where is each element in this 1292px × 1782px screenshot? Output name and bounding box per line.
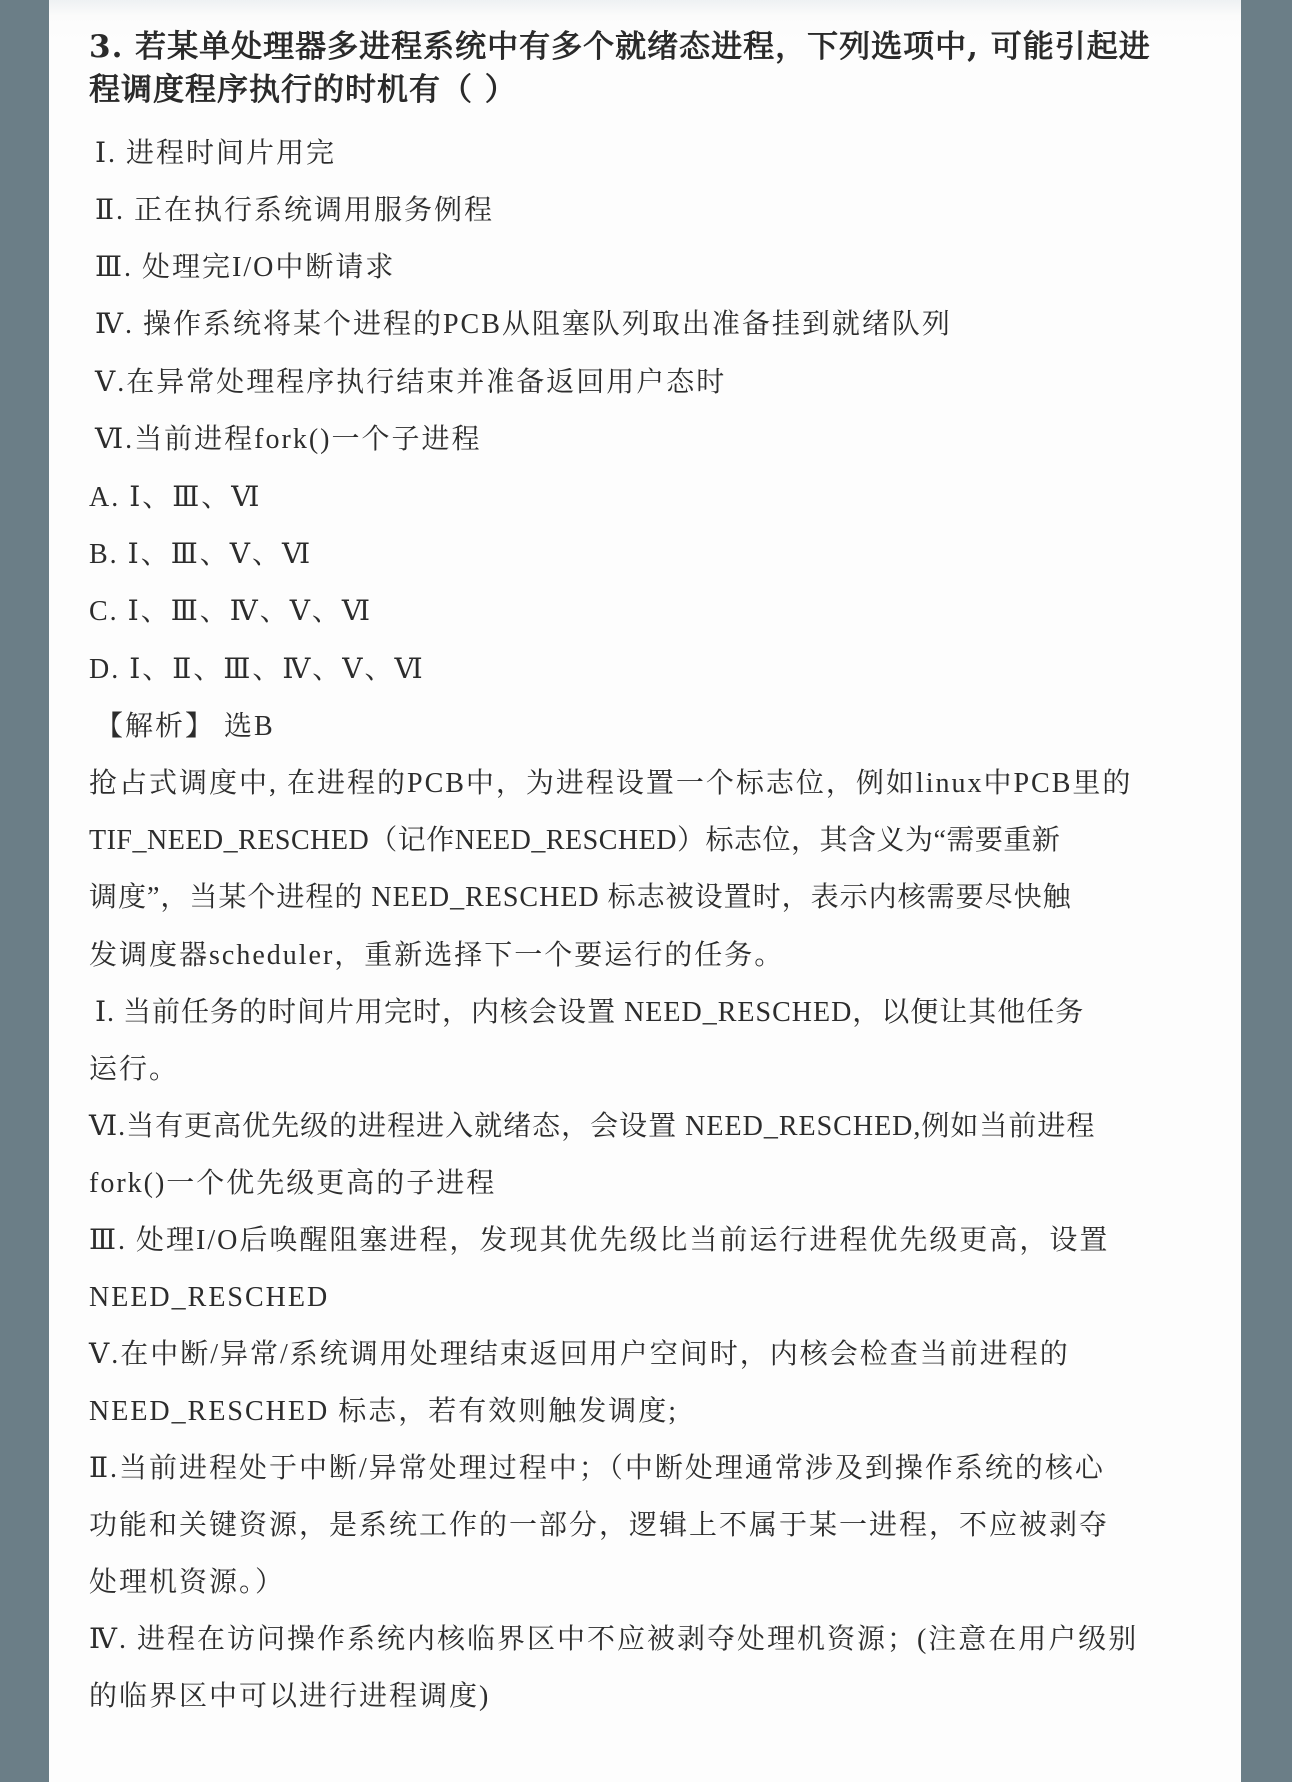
analysis-line-14: 功能和关键资源，是系统工作的一部分，逻辑上不属于某一进程，不应被剥夺	[89, 1509, 1109, 1543]
option-d: D. Ⅰ、Ⅱ、Ⅲ、Ⅳ、Ⅴ、Ⅵ	[89, 653, 425, 687]
analysis-line-5: Ⅰ. 当前任务的时间片用完时，内核会设置 NEED_RESCHED，以便让其他任…	[95, 996, 1084, 1030]
analysis-line-15: 处理机资源。）	[89, 1566, 285, 1600]
analysis-line-11: Ⅴ.在中断/异常/系统调用处理结束返回用户空间时，内核会检查当前进程的	[89, 1338, 1070, 1372]
analysis-line-6: 运行。	[89, 1053, 179, 1087]
statement-6: Ⅵ.当前进程fork()一个子进程	[95, 423, 481, 457]
statement-1: Ⅰ. 进程时间片用完	[95, 137, 336, 171]
analysis-line-16: Ⅳ. 进程在访问操作系统内核临界区中不应被剥夺处理机资源；(注意在用户级别	[89, 1623, 1138, 1657]
analysis-line-10: NEED_RESCHED	[89, 1281, 329, 1315]
question-title-line-2: 程调度程序执行的时机有（ ）	[89, 72, 517, 108]
statement-3: Ⅲ. 处理完I/O中断请求	[95, 251, 395, 285]
analysis-line-12: NEED_RESCHED 标志，若有效则触发调度;	[89, 1395, 678, 1429]
analysis-line-3: 调度”，当某个进程的 NEED_RESCHED 标志被设置时，表示内核需要尽快触	[89, 881, 1072, 915]
analysis-line-2: TIF_NEED_RESCHED（记作NEED_RESCHED）标志位，其含义为…	[89, 824, 1060, 858]
statement-5: Ⅴ.在异常处理程序执行结束并准备返回用户态时	[95, 366, 726, 400]
statement-4: Ⅳ. 操作系统将某个进程的PCB从阻塞队列取出准备挂到就绪队列	[95, 308, 952, 342]
option-a: A. Ⅰ、Ⅲ、Ⅵ	[89, 481, 261, 515]
analysis-line-1: 抢占式调度中, 在进程的PCB中，为进程设置一个标志位，例如linux中PCB里…	[89, 767, 1132, 801]
analysis-header: 【解析】 选B	[95, 710, 275, 744]
document-page: 3. 若某单处理器多进程系统中有多个就绪态进程，下列选项中, 可能引起进 程调度…	[49, 0, 1241, 1782]
analysis-line-13: Ⅱ.当前进程处于中断/异常处理过程中；（中断处理通常涉及到操作系统的核心	[89, 1452, 1105, 1486]
question-title: 3. 若某单处理器多进程系统中有多个就绪态进程，下列选项中, 可能引起进 程调度…	[89, 26, 1209, 112]
analysis-line-9: Ⅲ. 处理I/O后唤醒阻塞进程，发现其优先级比当前运行进程优先级更高，设置	[89, 1224, 1109, 1258]
statement-2: Ⅱ. 正在执行系统调用服务例程	[95, 194, 494, 228]
analysis-line-4: 发调度器scheduler，重新选择下一个要运行的任务。	[89, 939, 784, 973]
analysis-line-8: fork()一个优先级更高的子进程	[89, 1167, 496, 1201]
analysis-line-17: 的临界区中可以进行进程调度)	[89, 1680, 490, 1714]
question-title-line-1: 3. 若某单处理器多进程系统中有多个就绪态进程，下列选项中, 可能引起进	[89, 29, 1151, 65]
analysis-line-7: Ⅵ.当有更高优先级的进程进入就绪态，会设置 NEED_RESCHED,例如当前进…	[89, 1110, 1095, 1144]
option-b: B. Ⅰ、Ⅲ、Ⅴ、Ⅵ	[89, 538, 312, 572]
option-c: C. Ⅰ、Ⅲ、Ⅳ、Ⅴ、Ⅵ	[89, 595, 372, 629]
